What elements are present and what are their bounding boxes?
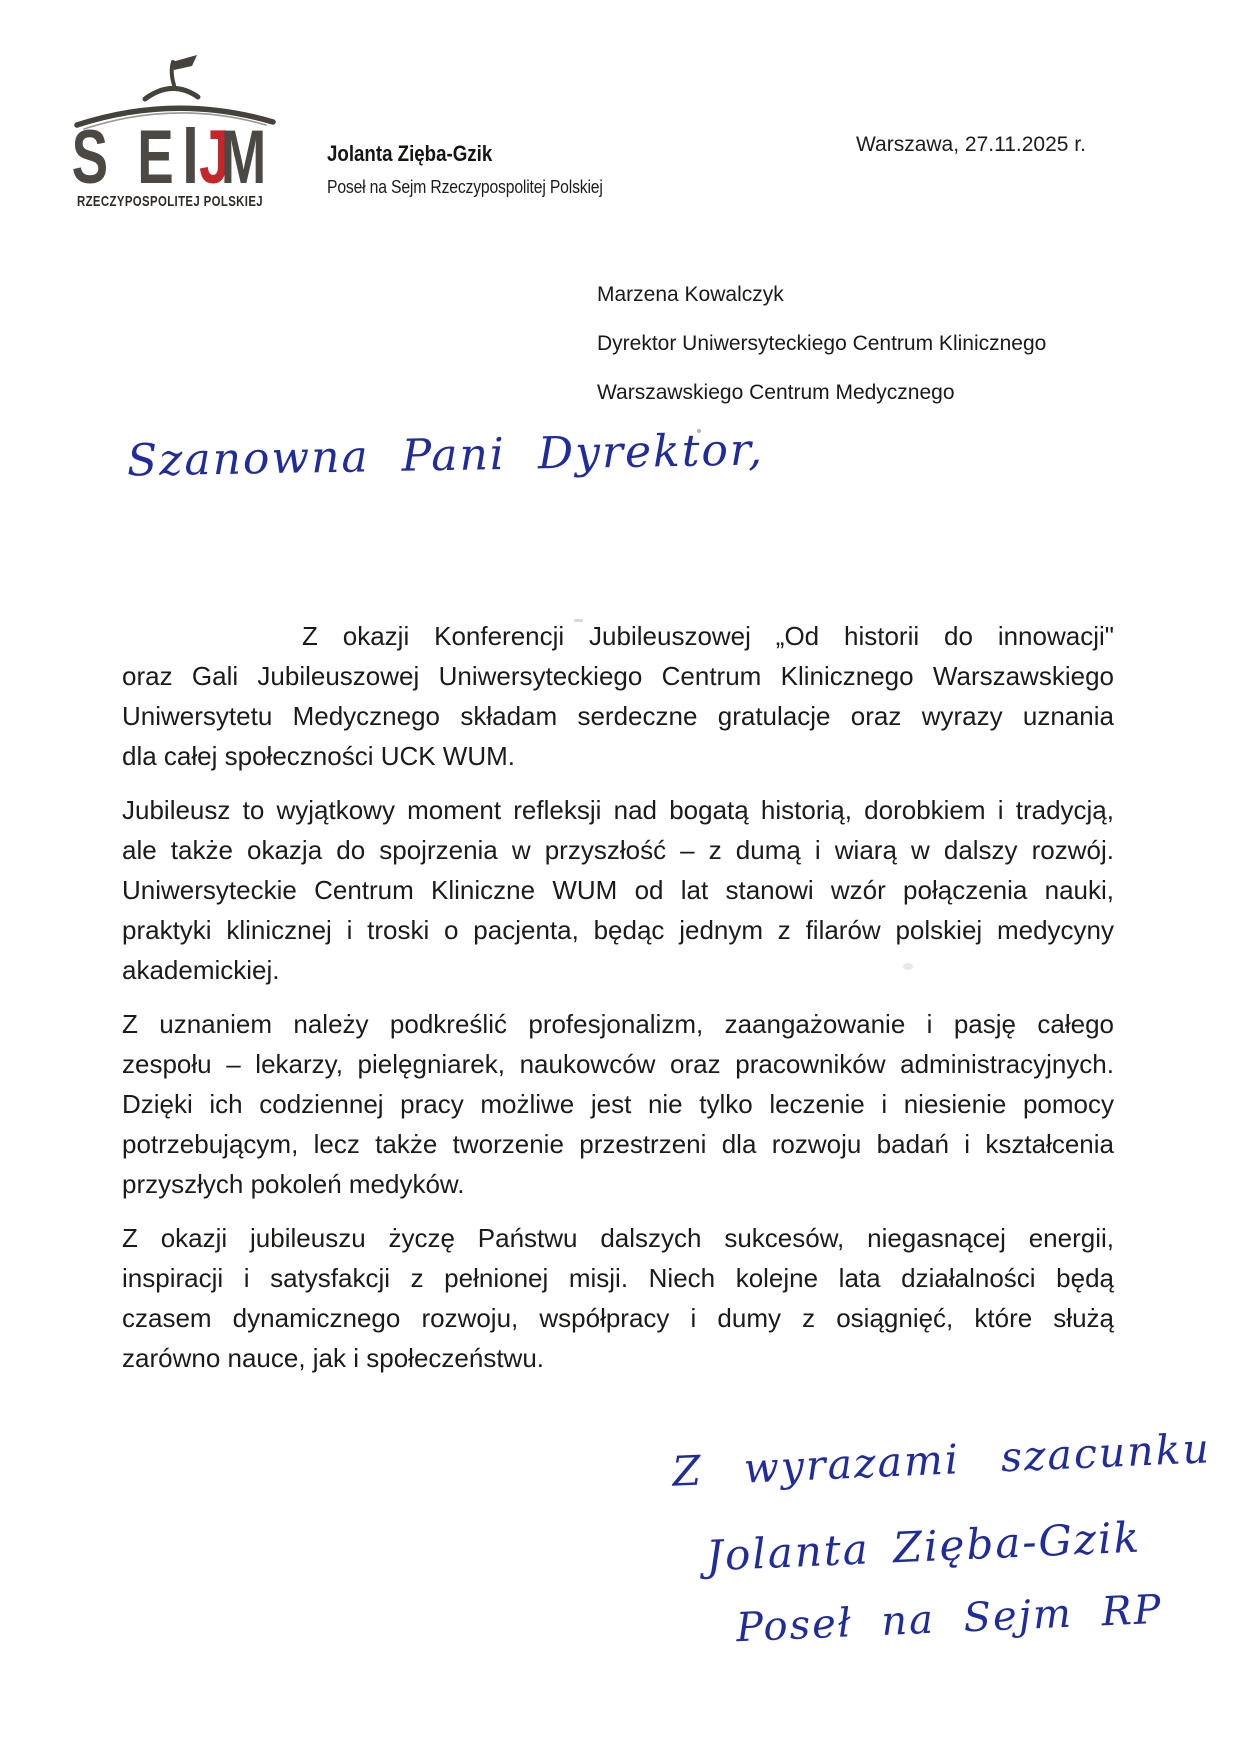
handwritten-greeting: Szanowna Pani Dyrektor, (127, 424, 765, 486)
handwritten-closing: Z wyrazami szacunku (671, 1424, 1212, 1495)
body-line: czasem dynamicznego rozwoju, współpracy … (122, 1298, 1114, 1338)
body-line: Z uznaniem należy podkreślić profesjonal… (122, 1004, 1114, 1044)
letter-page: S E J M RZECZYPOSPOLITEJ POLSKIEJ Jolant… (0, 0, 1240, 1754)
logo-letter-m: M (221, 115, 267, 200)
logo-caption: RZECZYPOSPOLITEJ POLSKIEJ (77, 193, 263, 210)
logo-grey-bar (186, 127, 195, 183)
body-line: przyszłych pokoleń medyków. (122, 1164, 1114, 1204)
dome-small-arc (145, 88, 198, 99)
body-line: potrzebującym, lecz także tworzenie prze… (122, 1124, 1114, 1164)
sender-block: Jolanta Zięba-Gzik Poseł na Sejm Rzeczyp… (327, 141, 603, 198)
handwritten-signature: Jolanta Zięba-Gzik (705, 1513, 1142, 1581)
body-line: zarówno nauce, jak i społeczeństwu. (122, 1338, 1114, 1378)
letter-body: Z okazji Konferencji Jubileuszowej „Od h… (122, 616, 1114, 1392)
flag-icon (172, 55, 197, 85)
sender-title: Poseł na Sejm Rzeczypospolitej Polskiej (327, 176, 603, 198)
paragraph: Jubileusz to wyjątkowy moment refleksji … (122, 790, 1114, 990)
body-line: inspiracji i satysfakcji z pełnionej mis… (122, 1258, 1114, 1298)
body-line: Dzięki ich codziennej pracy możliwe jest… (122, 1084, 1114, 1124)
paragraph: Z okazji Konferencji Jubileuszowej „Od h… (122, 616, 1114, 776)
handwritten-signature-title: Poseł na Sejm RP (735, 1587, 1163, 1652)
body-line: dla całej społeczności UCK WUM. (122, 736, 1114, 776)
recipient-name: Marzena Kowalczyk (597, 282, 1046, 331)
sender-name: Jolanta Zięba-Gzik (327, 141, 603, 167)
body-line: Uniwersytetu Medycznego składam serdeczn… (122, 696, 1114, 736)
paragraph: Z uznaniem należy podkreślić profesjonal… (122, 1004, 1114, 1204)
body-line: ale także okazja do spojrzenia w przyszł… (122, 830, 1114, 870)
body-line: praktyki klinicznej i troski o pacjenta,… (122, 910, 1114, 950)
body-line: zespołu – lekarzy, pielęgniarek, naukowc… (122, 1044, 1114, 1084)
recipient-block: Marzena Kowalczyk Dyrektor Uniwersytecki… (597, 282, 1046, 429)
body-line: oraz Gali Jubileuszowej Uniwersyteckiego… (122, 656, 1114, 696)
sejm-logo: S E J M RZECZYPOSPOLITEJ POLSKIEJ (58, 50, 278, 212)
body-line: Uniwersyteckie Centrum Kliniczne WUM od … (122, 870, 1114, 910)
logo-letter-s: S (72, 115, 109, 200)
letter-date: Warszawa, 27.11.2025 r. (856, 133, 1086, 157)
recipient-title-line-2: Warszawskiego Centrum Medycznego (597, 380, 1046, 429)
body-line: Z okazji Konferencji Jubileuszowej „Od h… (122, 616, 1114, 656)
logo-letter-e: E (137, 115, 174, 200)
recipient-title-line-1: Dyrektor Uniwersyteckiego Centrum Klinic… (597, 331, 1046, 380)
body-line: Jubileusz to wyjątkowy moment refleksji … (122, 790, 1114, 830)
body-line: Z okazji jubileuszu życzę Państwu dalszy… (122, 1218, 1114, 1258)
paragraph: Z okazji jubileuszu życzę Państwu dalszy… (122, 1218, 1114, 1378)
body-line: akademickiej. (122, 950, 1114, 990)
